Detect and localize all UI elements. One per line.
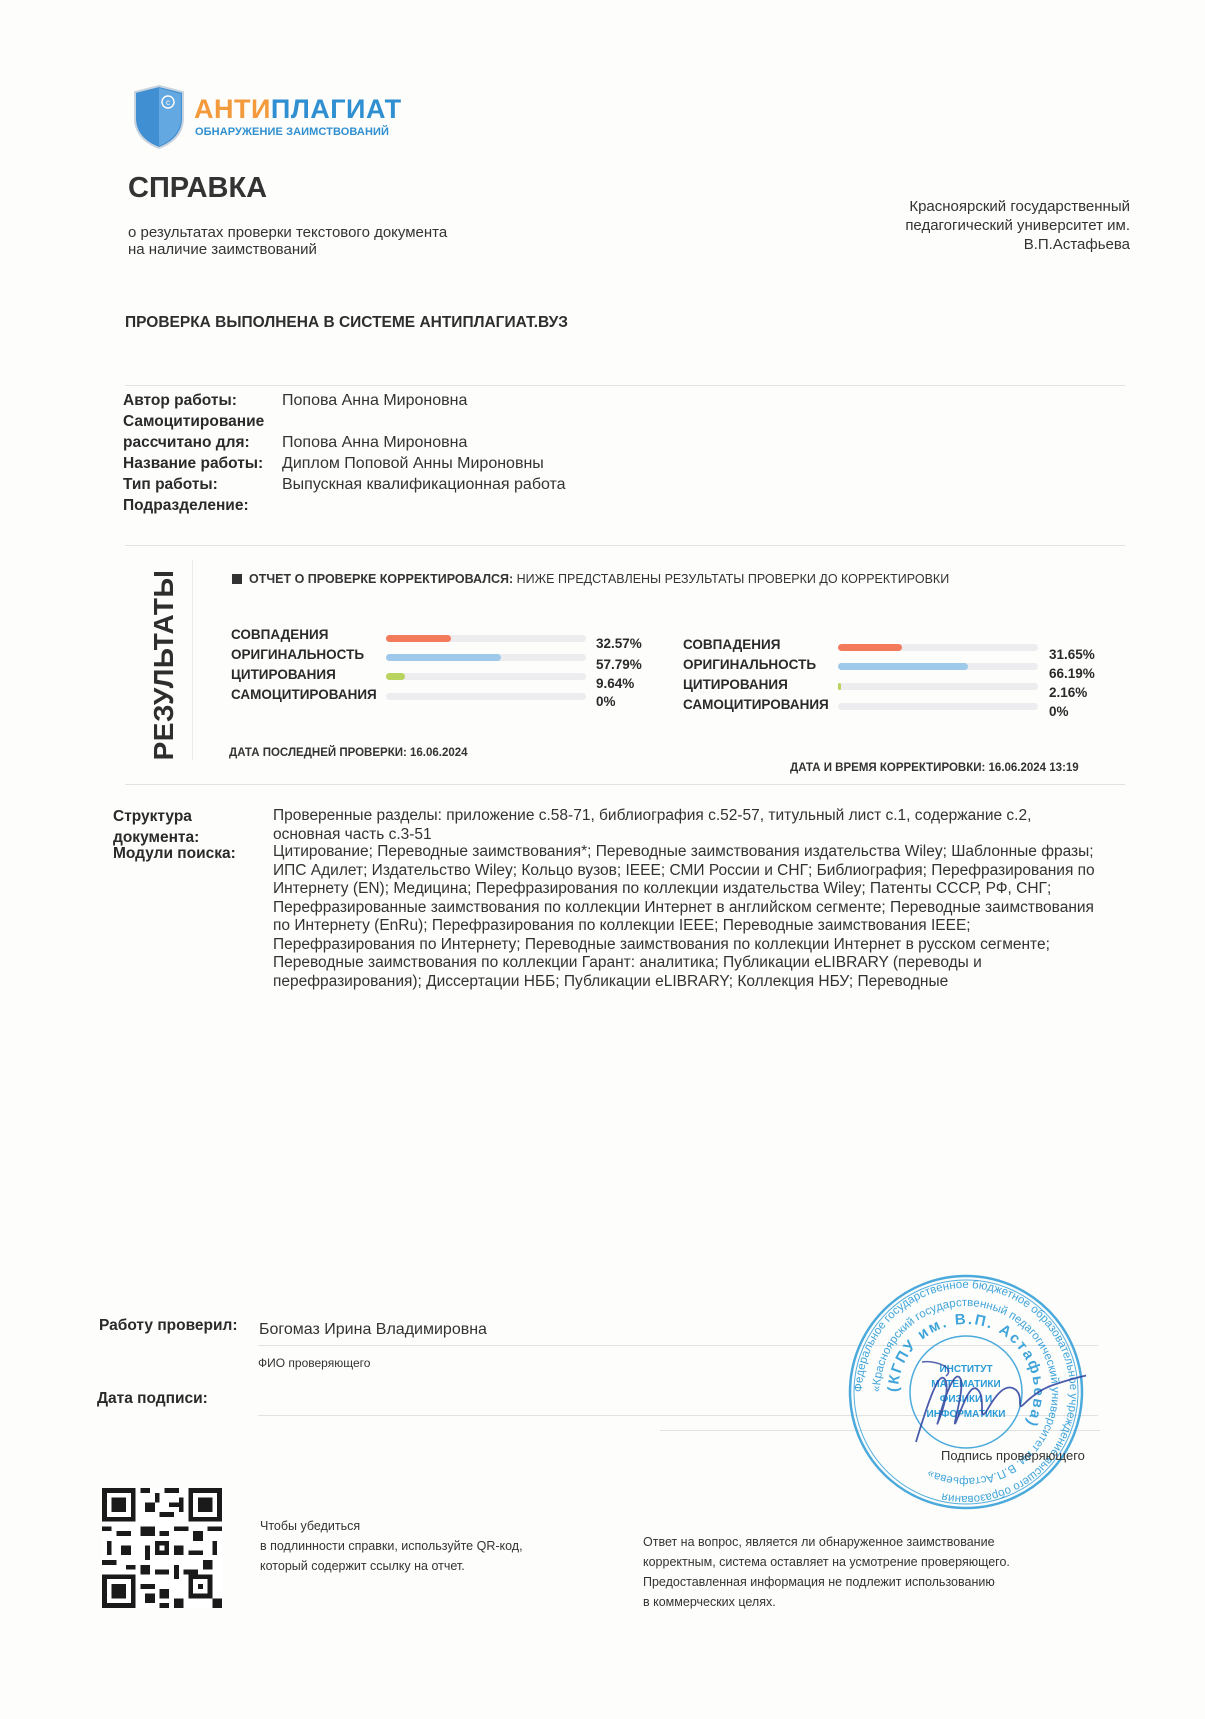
metrics-before-correction: СОВПАДЕНИЯ 31.65% ОРИГИНАЛЬНОСТЬ 66.19% … — [683, 637, 1113, 717]
correction-datetime: ДАТА И ВРЕМЯ КОРРЕКТИРОВКИ: 16.06.2024 1… — [790, 762, 1079, 774]
metric-selfcitations: САМОЦИТИРОВАНИЯ 0% — [231, 687, 661, 707]
antiplagiat-logo: c АНТИПЛАГИАТ ОБНАРУЖЕНИЕ ЗАИМСТВОВАНИЙ — [132, 84, 402, 152]
metric-originality: ОРИГИНАЛЬНОСТЬ 66.19% — [683, 657, 1113, 677]
qr-code[interactable] — [102, 1488, 222, 1608]
square-bullet-icon — [232, 574, 242, 584]
checked-by-label: Работу проверил: — [99, 1317, 238, 1335]
originality-bar — [386, 654, 501, 661]
document-structure: Структура документа: Проверенные разделы… — [113, 806, 1113, 991]
signature-caption: Подпись проверяющего — [941, 1448, 1085, 1463]
official-stamp: Федеральное государственное бюджетное об… — [846, 1272, 1086, 1512]
checked-sections: Проверенные разделы: приложение с.58-71,… — [273, 806, 1103, 848]
logo-tagline: ОБНАРУЖЕНИЕ ЗАИМСТВОВАНИЙ — [195, 126, 389, 138]
fio-caption: ФИО проверяющего — [258, 1356, 370, 1370]
organization-name: Красноярский государственный педагогичес… — [905, 197, 1130, 254]
originality-bar — [838, 663, 968, 670]
metrics-current: СОВПАДЕНИЯ 32.57% ОРИГИНАЛЬНОСТЬ 57.79% … — [231, 627, 661, 707]
results-vertical-title: РЕЗУЛЬТАТЫ — [144, 570, 184, 760]
svg-text:c: c — [166, 98, 170, 107]
sign-date-label: Дата подписи: — [97, 1390, 208, 1408]
info-row-department: Подразделение: — [123, 495, 566, 516]
matches-bar — [386, 635, 451, 642]
disclaimer: Ответ на вопрос, является ли обнаруженно… — [643, 1532, 1010, 1612]
info-row-title: Название работы: Диплом Поповой Анны Мир… — [123, 453, 566, 474]
info-row-type: Тип работы: Выпускная квалификационная р… — [123, 474, 566, 495]
metric-originality: ОРИГИНАЛЬНОСТЬ 57.79% — [231, 647, 661, 667]
metric-citations: ЦИТИРОВАНИЯ 9.64% — [231, 667, 661, 687]
divider — [125, 784, 1125, 785]
system-heading: ПРОВЕРКА ВЫПОЛНЕНА В СИСТЕМЕ АНТИПЛАГИАТ… — [125, 314, 568, 332]
divider — [125, 385, 1125, 386]
matches-bar — [838, 644, 902, 651]
citations-bar — [838, 683, 841, 690]
metric-citations: ЦИТИРОВАНИЯ 2.16% — [683, 677, 1113, 697]
info-row-author: Автор работы: Попова Анна Мироновна — [123, 390, 566, 411]
svg-text:МАТЕМАТИКИ: МАТЕМАТИКИ — [931, 1379, 1000, 1390]
work-info: Автор работы: Попова Анна Мироновна Само… — [123, 390, 566, 516]
logo-wordmark: АНТИПЛАГИАТ — [194, 94, 402, 125]
correction-notice: ОТЧЕТ О ПРОВЕРКЕ КОРРЕКТИРОВАЛСЯ: НИЖЕ П… — [232, 572, 949, 586]
last-check-date: ДАТА ПОСЛЕДНЕЙ ПРОВЕРКИ: 16.06.2024 — [229, 747, 468, 759]
metric-matches: СОВПАДЕНИЯ 31.65% — [683, 637, 1113, 657]
metric-matches: СОВПАДЕНИЯ 32.57% — [231, 627, 661, 647]
document-subtitle: о результатах проверки текстового докуме… — [128, 224, 548, 258]
info-row-selfcite-for: рассчитано для: Попова Анна Мироновна — [123, 432, 566, 453]
qr-instructions: Чтобы убедиться в подлинности справки, и… — [260, 1516, 523, 1576]
citations-bar — [386, 673, 405, 680]
metric-selfcitations: САМОЦИТИРОВАНИЯ 0% — [683, 697, 1113, 717]
checked-by-value: Богомаз Ирина Владимировна — [259, 1321, 487, 1339]
info-row-selfcite: Самоцитирование — [123, 411, 566, 432]
shield-copyright-icon: c — [132, 84, 186, 150]
search-modules: Цитирование; Переводные заимствования*; … — [273, 843, 1103, 991]
results-divider — [192, 560, 193, 760]
divider — [125, 545, 1125, 546]
document-title: СПРАВКА — [128, 172, 267, 205]
